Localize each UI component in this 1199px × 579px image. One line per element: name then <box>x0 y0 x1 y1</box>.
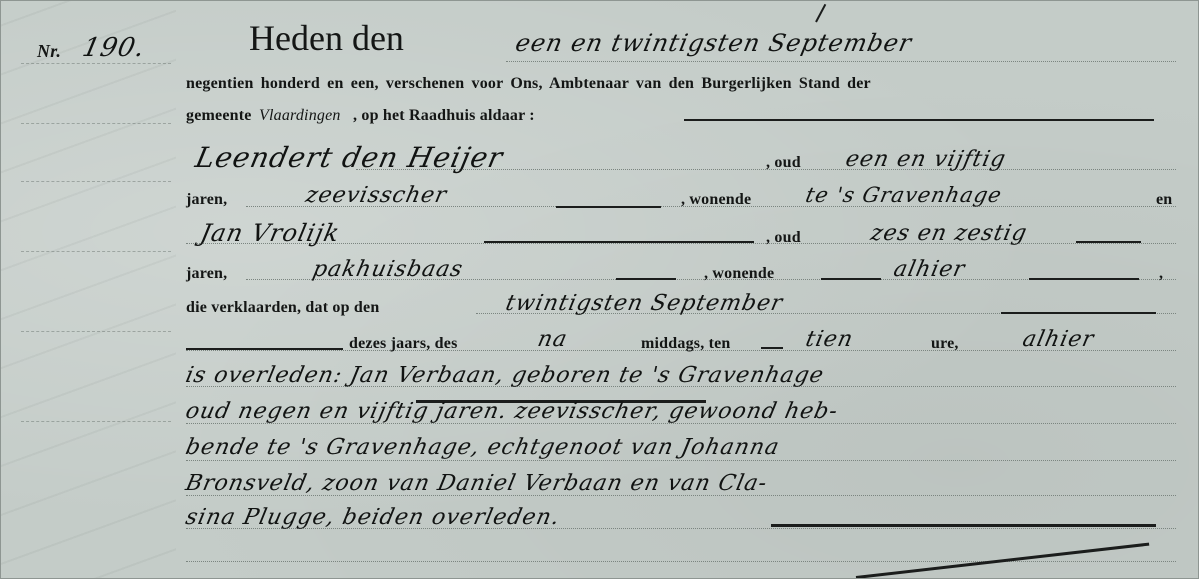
body-line: is overleden: Jan Verbaan, geboren te 's… <box>183 363 826 388</box>
form-gemeente-label: gemeente <box>186 107 252 125</box>
declarant-2-residence: alhier <box>891 257 967 282</box>
label-ure: ure, <box>931 335 959 353</box>
fill-line <box>684 119 1154 121</box>
hour: tien <box>803 327 855 352</box>
ruled-line <box>186 460 1176 461</box>
body-line: sina Plugge, beiden overleden. <box>183 505 562 530</box>
ghost-rule <box>21 63 171 64</box>
label-verklaarden: die verklaarden, dat op den <box>186 299 379 317</box>
fill-line <box>821 278 881 280</box>
declarant-2-occupation: pakhuisbaas <box>310 257 465 282</box>
form-line-2: negentien honderd en een, verschenen voo… <box>186 75 871 93</box>
ghost-rule <box>21 251 171 252</box>
fill-line <box>484 241 754 243</box>
record-number: 190. <box>80 33 148 63</box>
declarant-1-residence: te 's Gravenhage <box>803 183 1004 207</box>
declarant-2-name: Jan Vrolijk <box>198 219 343 247</box>
municipality: Vlaardingen <box>259 107 341 125</box>
declarant-2-age: zes en zestig <box>868 221 1029 246</box>
time-of-day: na <box>535 327 570 352</box>
pen-stroke <box>815 4 826 23</box>
fill-line <box>1076 241 1141 243</box>
record-number-label: Nr. <box>37 41 61 62</box>
ghost-rule <box>21 123 171 124</box>
fill-line <box>1029 278 1139 280</box>
ruled-line <box>506 61 1176 62</box>
declarant-1-age: een en vijftig <box>843 147 1008 172</box>
body-line: bende te 's Gravenhage, echtgenoot van J… <box>183 435 782 460</box>
label-dezes-jaars: dezes jaars, des <box>349 335 458 353</box>
margin-bleed-through <box>1 1 176 578</box>
declarant-1-occupation: zeevisscher <box>303 183 449 208</box>
label-jaren-1: jaren, <box>186 191 227 209</box>
ghost-rule <box>21 181 171 182</box>
fill-line <box>761 347 783 349</box>
ghost-rule <box>21 421 171 422</box>
place-of-death: alhier <box>1020 327 1096 352</box>
body-line: Bronsveld, zoon van Daniel Verbaan en va… <box>183 471 769 496</box>
fill-line <box>616 278 676 280</box>
form-raadhuis-label: , op het Raadhuis aldaar : <box>353 107 535 125</box>
label-wonende-1: , wonende <box>681 191 751 209</box>
ghost-rule <box>21 331 171 332</box>
ruled-line <box>186 561 1176 562</box>
label-oud-2: , oud <box>766 229 801 247</box>
label-middags: middags, ten <box>641 335 731 353</box>
fill-line <box>1001 312 1156 314</box>
label-wonende-2: , wonende <box>704 265 774 283</box>
label-oud-1: , oud <box>766 154 801 172</box>
closing-line <box>771 524 1156 527</box>
body-line: oud negen en vijftig jaren. zeevisscher,… <box>183 399 840 424</box>
registration-date: een en twintigsten September <box>513 29 915 57</box>
heading-printed: Heden den <box>249 17 404 59</box>
fill-line <box>186 348 343 350</box>
trailing-comma: , <box>1159 265 1163 283</box>
label-en: en <box>1156 191 1172 209</box>
death-date: twintigsten September <box>503 291 785 316</box>
label-jaren-2: jaren, <box>186 265 227 283</box>
declarant-1-name: Leendert den Heijer <box>192 141 506 174</box>
civil-death-record: Nr. 190. Heden den een en twintigsten Se… <box>0 0 1199 579</box>
fill-line <box>556 206 661 208</box>
